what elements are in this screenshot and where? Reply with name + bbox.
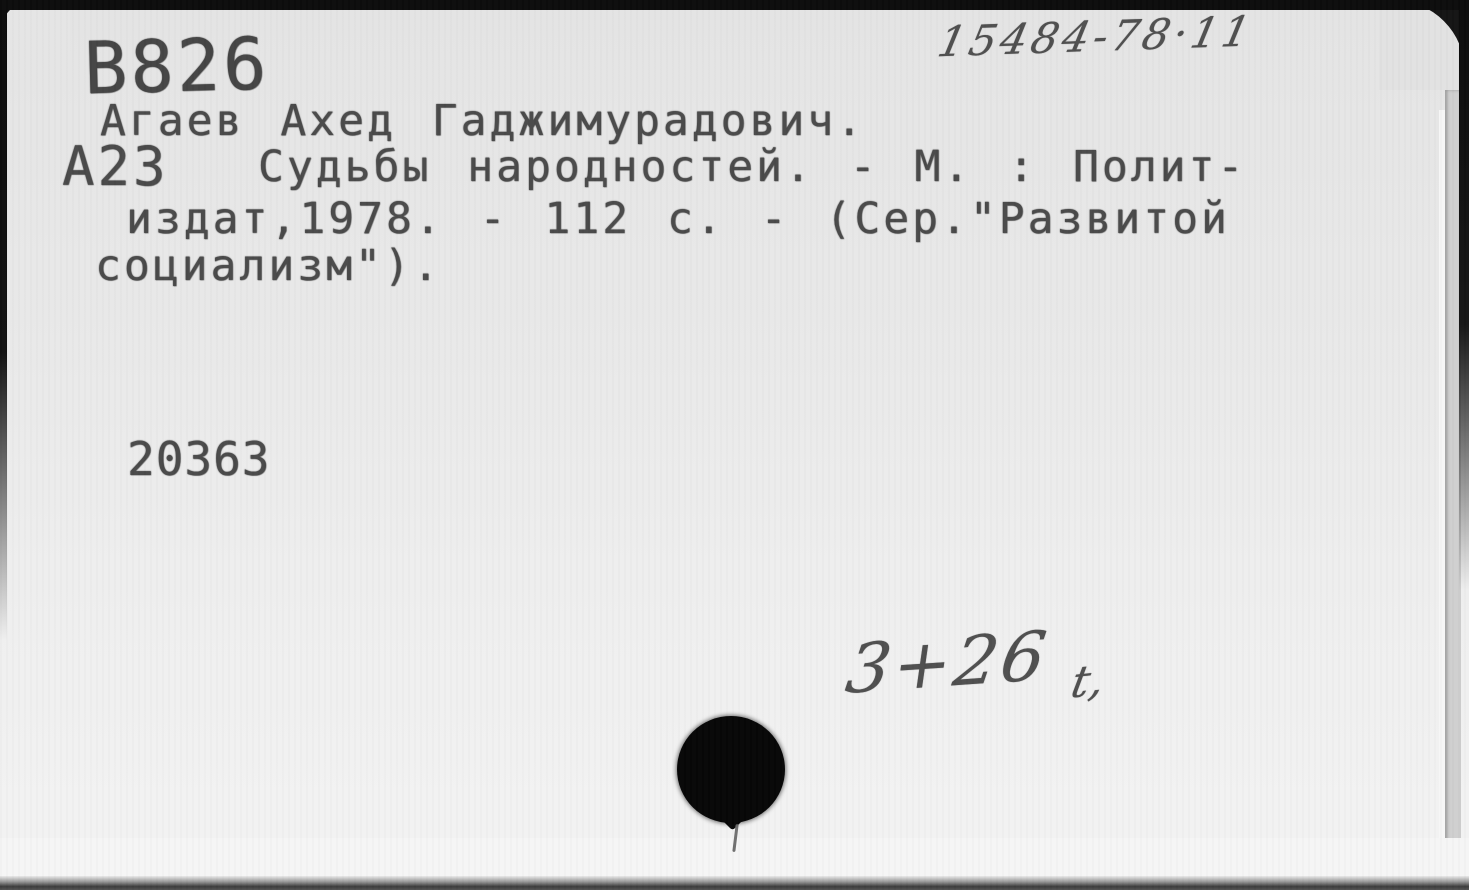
catalog-card-scan: В826 15484-78·11 А23 Агаев Ахед Гаджимур… [0,0,1469,890]
accession-number-handwritten: 15484-78·11 [934,11,1258,64]
scan-edge-left [0,0,7,640]
scan-edge-bottom-line [0,876,1469,890]
author-mark: А23 [62,140,169,194]
price-annotation-suffix: t, [1068,658,1108,705]
catalog-number: 20363 [127,436,270,482]
price-annotation-handwritten: 3+26 [842,623,1053,705]
shelf-stamp: В826 [83,28,270,105]
card-edge-right-highlight [1439,110,1445,890]
scan-edge-right [1459,0,1469,590]
entry-imprint-line: издат,1978. - 112 с. - (Сер."Развитой [126,198,1230,241]
card-corner-top-left [0,0,70,70]
hole-punch-dot [677,716,785,823]
entry-series-line: социализм"). [95,245,442,288]
entry-title-line: Судьбы народностей. - М. : Полит- [258,146,1246,189]
entry-author-line: Агаев Ахед Гаджимурадович. [100,100,865,143]
